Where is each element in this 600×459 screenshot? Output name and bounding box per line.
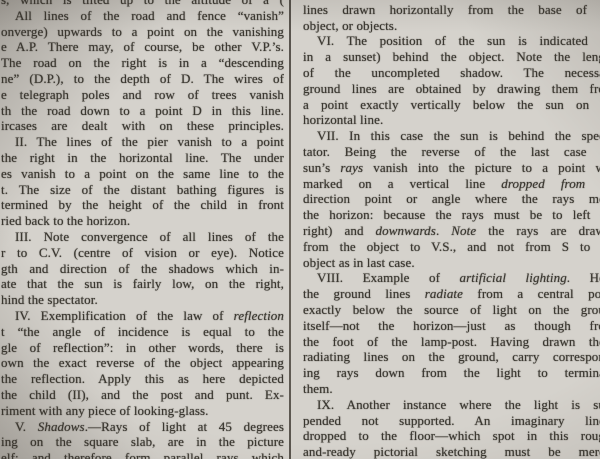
text-line: the ground lines radiate from a central … (303, 286, 600, 302)
text-line: the child (II), and the post and punt. E… (1, 387, 284, 403)
text-line: lines drawn horizontally from the base o… (303, 2, 600, 18)
text-line: r to C.V. (centre of vision or eye). Not… (1, 245, 284, 261)
text-line: III. Note convergence of all lines of th… (1, 229, 284, 245)
left-text-column: s, which is tilted up to the altitude of… (1, 0, 284, 459)
text-line: VIII. Example of artificial lighting. He (303, 270, 600, 286)
text-line: itself—not the horizon—just as though fr… (303, 318, 600, 334)
text-line: ircases are dealt with on these principl… (1, 118, 284, 134)
text-line: ing rays down from the light to termina (303, 365, 600, 381)
text-line: marked on a vertical line dropped from t (303, 176, 600, 192)
text-line: ate that the sun is fairly low, on the r… (1, 276, 284, 292)
text-line: sun’s rays vanish into the picture to a … (303, 160, 600, 176)
text-line: elf; and therefore form parallel rays wh… (1, 450, 284, 459)
text-line: exactly below the source of light on the… (303, 302, 600, 318)
text-line: own the exact reverse of the object appe… (1, 355, 284, 371)
text-line: direction point or angle where the rays … (303, 191, 600, 207)
text-line: pended not supported. An imaginary line (303, 413, 600, 429)
book-page-photo: s, which is tilted up to the altitude of… (0, 0, 600, 459)
text-line: tator. Being the reverse of the last cas… (303, 144, 600, 160)
text-line: ried back to the horizon. (1, 213, 284, 229)
text-line: radiating lines on the ground, carry cor… (303, 349, 600, 365)
text-line: them. (303, 381, 600, 397)
text-line: termined by the height of the child in f… (1, 197, 284, 213)
text-line: a point exactly vertically below the sun… (303, 97, 600, 113)
right-text-column: lines drawn horizontally from the base o… (303, 0, 600, 459)
text-line: ground lines are obtained by drawing the… (303, 81, 600, 97)
text-line: t. The size of the distant bathing figur… (1, 182, 284, 198)
text-line: in a sunset) behind the object. Note the… (303, 49, 600, 65)
text-line: object as in last case. (303, 255, 600, 271)
column-divider-rule (289, 0, 291, 459)
text-line: dropped to the floor—which spot in this … (303, 428, 600, 444)
text-line: IV. Exemplification of the law of reflec… (1, 308, 284, 324)
text-line: riment with any piece of looking-glass. (1, 403, 284, 419)
text-line: e A.P. There may, of course, be other V.… (1, 39, 284, 55)
text-line: from the object to V.S., and not from S … (303, 239, 600, 255)
text-line: th the road down to a point D in this li… (1, 103, 284, 119)
text-line: All lines of the road and fence “vanish” (1, 8, 284, 24)
text-line: of the uncompleted shadow. The necessa (303, 65, 600, 81)
text-line: V. Shadows.—Rays of light at 45 degrees (1, 419, 284, 435)
text-line: gle of reflection”: in other words, ther… (1, 340, 284, 356)
text-line: e telegraph poles and row of trees vanis… (1, 87, 284, 103)
text-line: horizontal line. (303, 112, 600, 128)
text-line: the horizon: because the rays must be to… (303, 207, 600, 223)
text-line: II. The lines of the pier vanish to a po… (1, 134, 284, 150)
text-line: and-ready pictorial sketching must be me… (303, 444, 600, 459)
text-line: onverge) upwards to a point on the vanis… (1, 24, 284, 40)
text-line: s, which is tilted up to the altitude of… (1, 0, 284, 8)
text-line: right) and downwards. Note the rays are … (303, 223, 600, 239)
text-line: the reflection. Apply this as here depic… (1, 371, 284, 387)
text-line: es vanish to a point on the same line to… (1, 166, 284, 182)
text-line: the right in the horizontal line. The un… (1, 150, 284, 166)
text-line: t “the angle of incidence is equal to th… (1, 324, 284, 340)
text-line: ne” (D.P.), to the depth of D. The wires… (1, 71, 284, 87)
text-line: The road on the right is in a “descendin… (1, 55, 284, 71)
text-line: VI. The position of the sun is indicated… (303, 33, 600, 49)
text-line: VII. In this case the sun is behind the … (303, 128, 600, 144)
text-line: ing on the square slab, are in the pictu… (1, 434, 284, 450)
text-line: IX. Another instance where the light is … (303, 397, 600, 413)
text-line: object, or objects. (303, 18, 600, 34)
text-line: hind the spectator. (1, 292, 284, 308)
text-line: gth and direction of the shadows which i… (1, 261, 284, 277)
text-line: the foot of the lamp-post. Having drawn … (303, 334, 600, 350)
